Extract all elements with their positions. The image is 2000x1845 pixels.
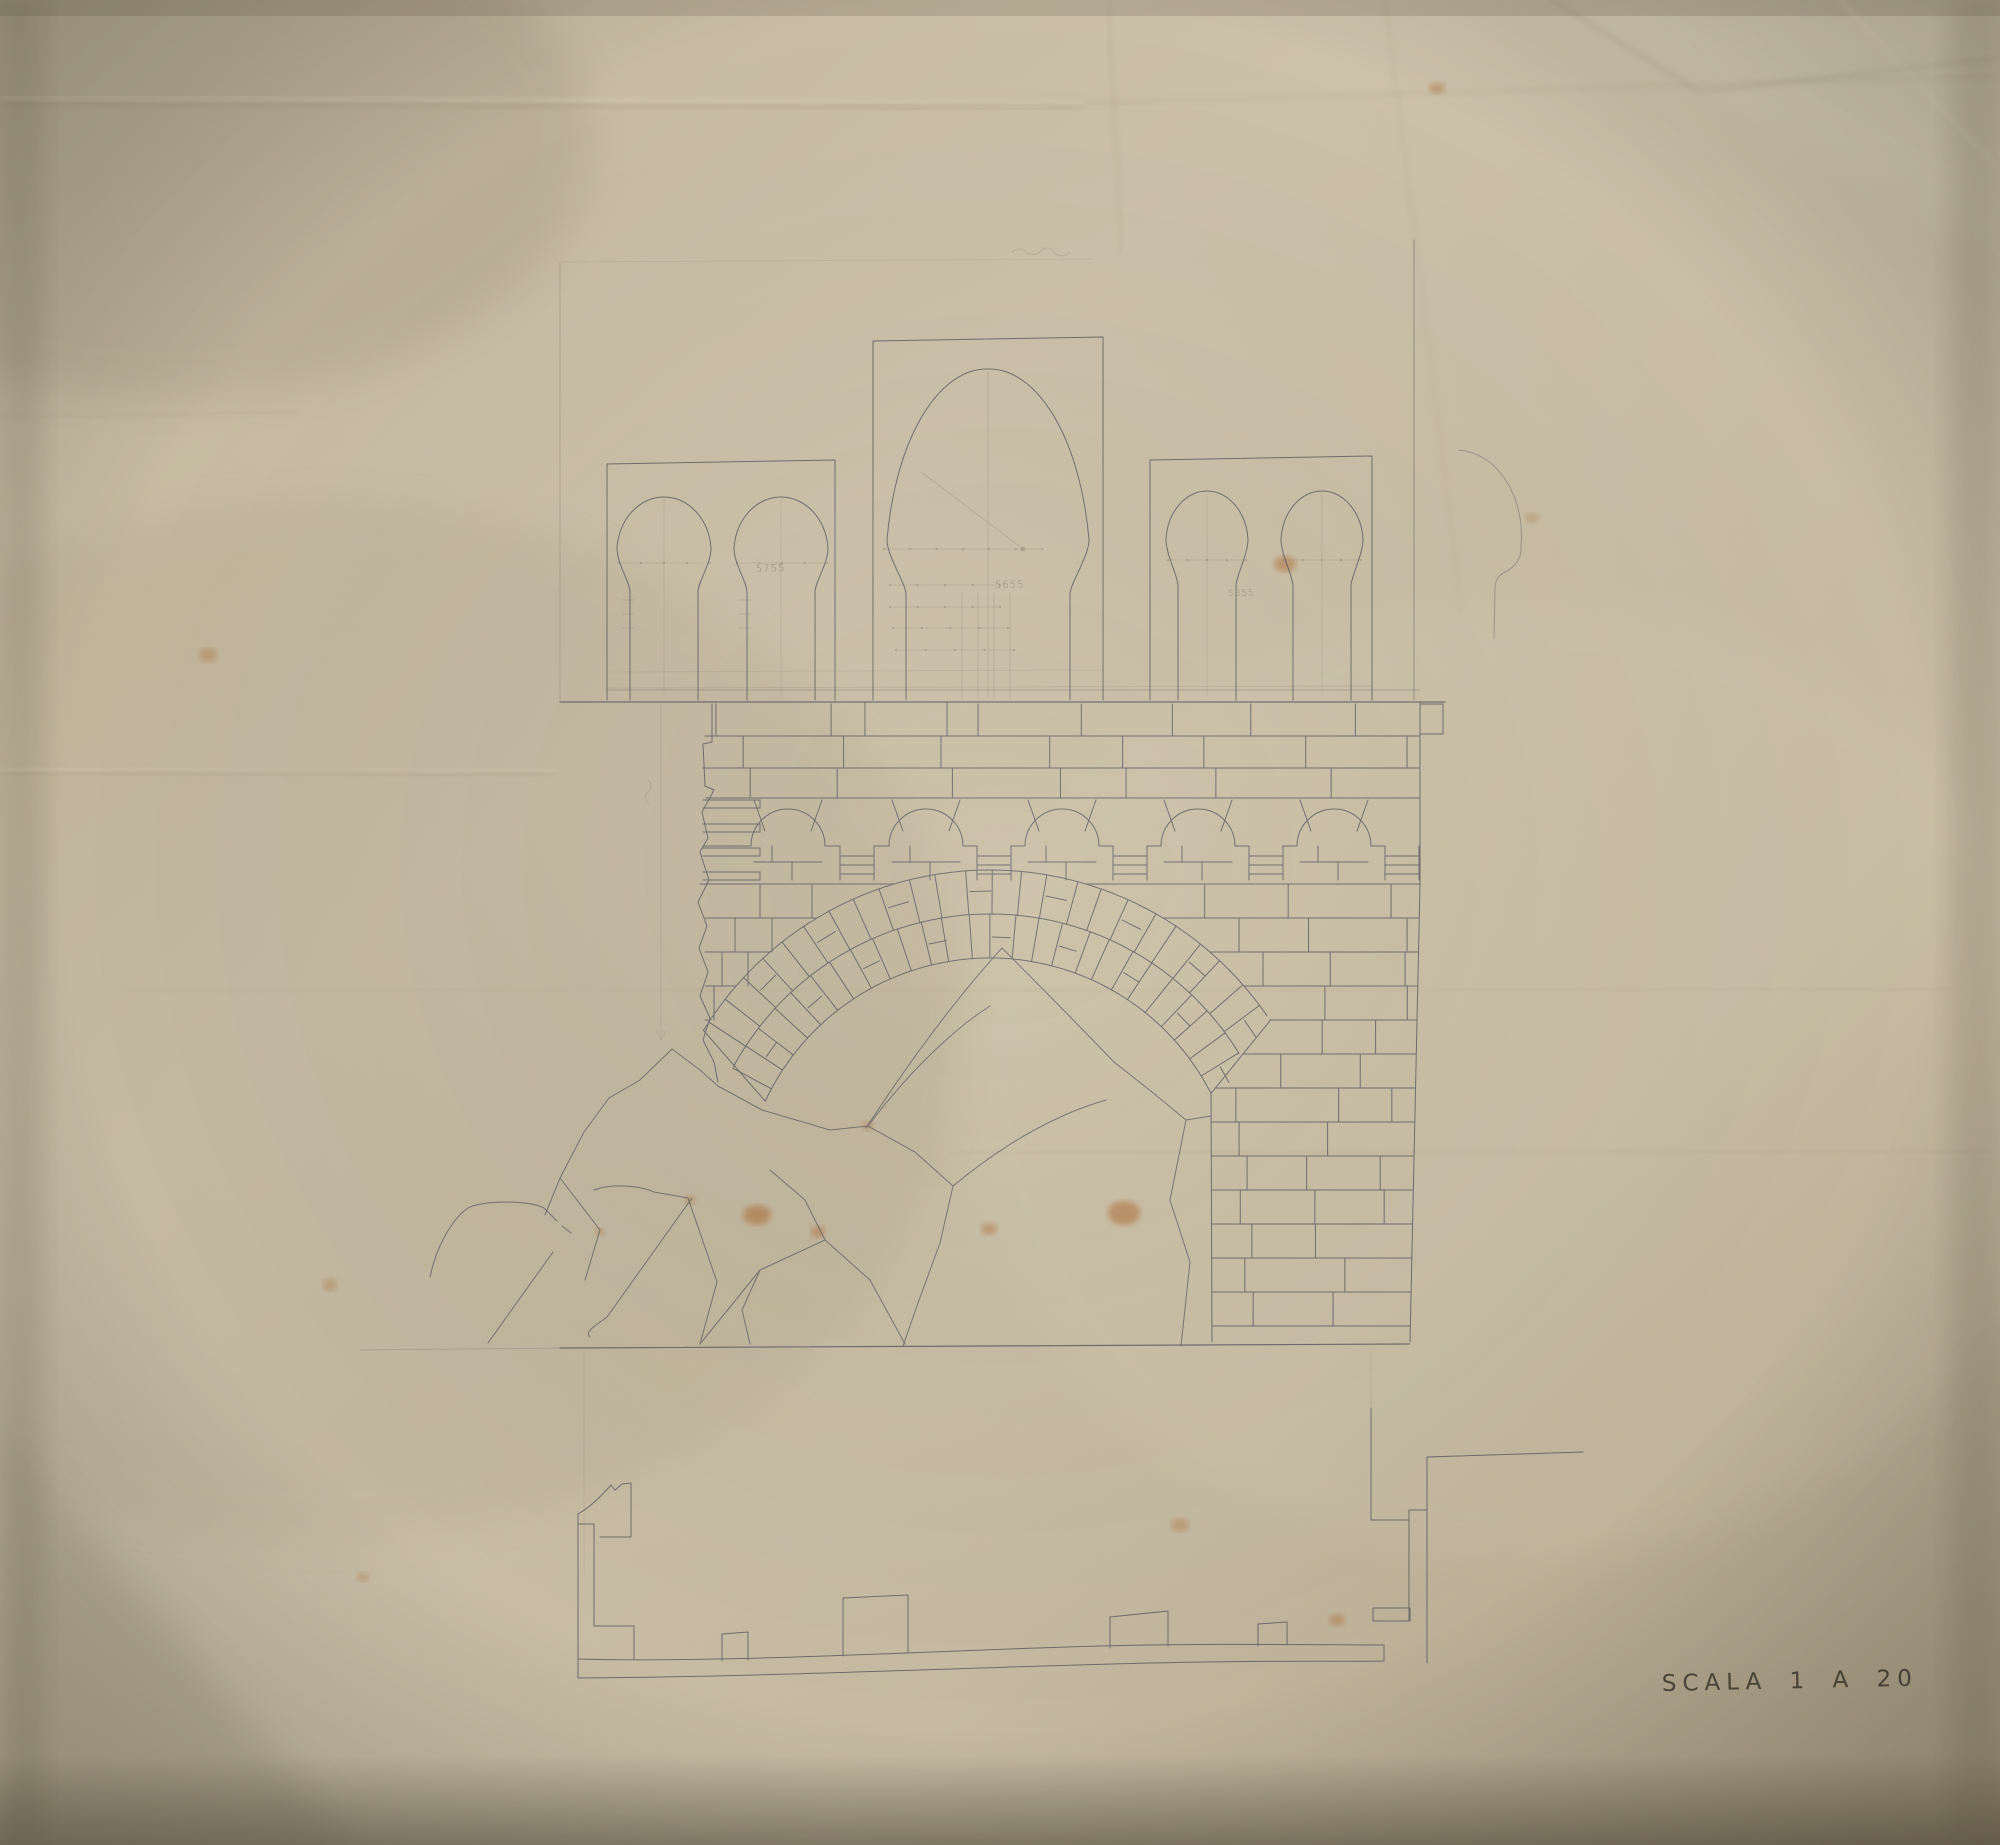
photo-of-architectural-drawing: 5755 5655 5855 SCALA 1 A 20: [0, 0, 2000, 1845]
photo-vignette: [0, 0, 2000, 1845]
drawing-sheet: 5755 5655 5855 SCALA 1 A 20: [0, 0, 2000, 1845]
